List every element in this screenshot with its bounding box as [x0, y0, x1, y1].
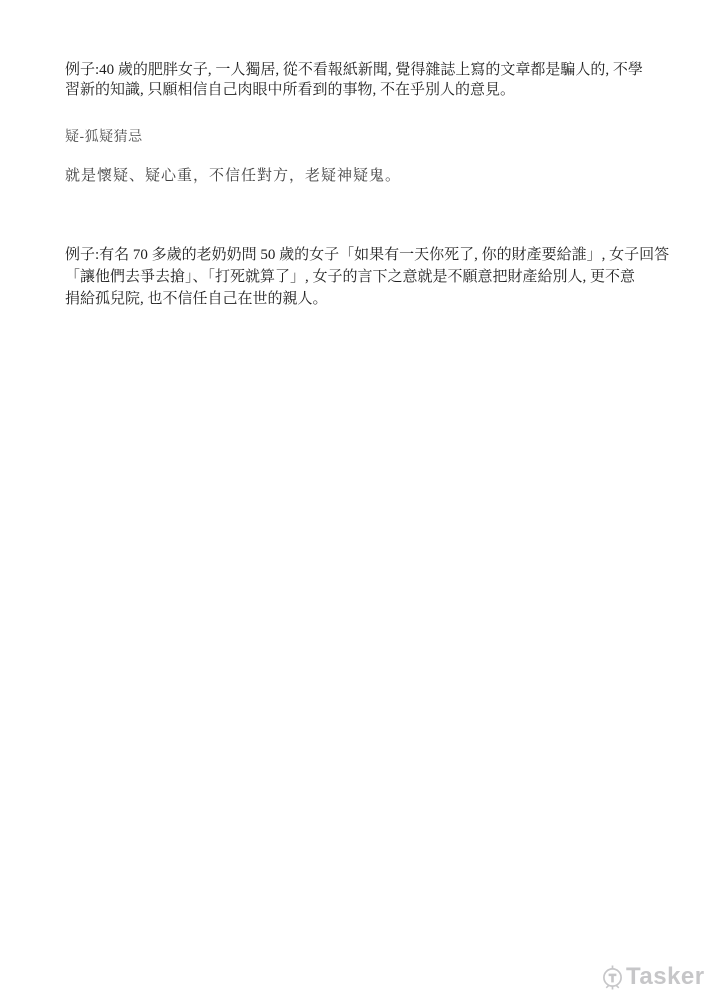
document-page: 例子:40 歲的肥胖女子, 一人獨居, 從不看報紙新聞, 覺得雜誌上寫的文章都是… [0, 0, 707, 1000]
paragraph-line: 例子:有名 70 多歲的老奶奶問 50 歲的女子「如果有一天你死了, 你的財產要… [65, 244, 669, 266]
tasker-t-badge-icon [599, 963, 625, 991]
paragraph-example-2: 例子:有名 70 多歲的老奶奶問 50 歲的女子「如果有一天你死了, 你的財產要… [65, 244, 669, 310]
paragraph-line: 捐給孤兒院, 也不信任自己在世的親人。 [65, 288, 669, 310]
paragraph-line: 例子:40 歲的肥胖女子, 一人獨居, 從不看報紙新聞, 覺得雜誌上寫的文章都是… [65, 60, 643, 80]
paragraph-line: 習新的知識, 只願相信自己肉眼中所看到的事物, 不在乎別人的意見。 [65, 80, 643, 100]
paragraph-example-1: 例子:40 歲的肥胖女子, 一人獨居, 從不看報紙新聞, 覺得雜誌上寫的文章都是… [65, 60, 643, 100]
paragraph-line: 「讓他們去爭去搶」、「打死就算了」, 女子的言下之意就是不願意把財產給別人, 更… [65, 266, 669, 288]
definition-text: 就是懷疑、疑心重，不信任對方，老疑神疑鬼。 [65, 164, 401, 185]
section-heading: 疑-狐疑猜忌 [65, 126, 143, 146]
tasker-logo-text: Tasker [626, 963, 705, 991]
tasker-logo: Tasker [599, 963, 705, 991]
